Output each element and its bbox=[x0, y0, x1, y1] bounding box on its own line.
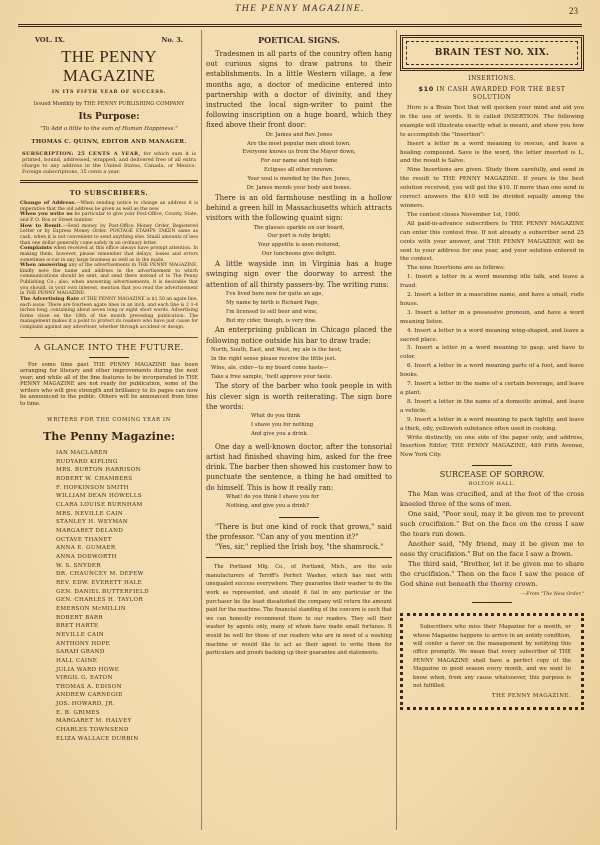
insertion-item: 7. Insert a letter in the name of a cert… bbox=[400, 380, 584, 398]
writer-name: THOMAS A. EDISON bbox=[56, 683, 198, 692]
writer-name: STANLEY H. WEYMAN bbox=[56, 518, 198, 527]
verse-line: Take a free sample, 'twill approve your … bbox=[211, 373, 392, 382]
writer-name: MRS. NEVILLE CAIN bbox=[56, 510, 198, 519]
brain-test-paragraph: Here is a Brain Test that will quicken y… bbox=[400, 104, 584, 140]
insertion-item: 6. Insert a letter in a word meaning par… bbox=[400, 362, 584, 380]
subscriber-notice: The Advertising Rate of THE PENNY MAGAZI… bbox=[20, 297, 198, 331]
editor-line: THOMAS C. QUINN, EDITOR AND MANAGER. bbox=[20, 138, 198, 147]
top-rule bbox=[18, 24, 582, 27]
writers-heading: WRITERS FOR THE COMING YEAR IN bbox=[20, 416, 198, 425]
writer-name: ROBERT BARR bbox=[56, 614, 198, 623]
sign-verse: What do you thinkI shave you for nothing… bbox=[251, 412, 392, 439]
sign-verse: I've lived here now for quite an age,My … bbox=[226, 290, 392, 326]
writer-name: HALL CAINE bbox=[56, 657, 198, 666]
verse-line: Our port is ruby bright; bbox=[206, 232, 392, 241]
writer-name: IAN MACLAREN bbox=[56, 449, 198, 458]
brain-test-title: BRAIN TEST NO. XIX. bbox=[435, 49, 549, 58]
verse-line: But my cider, though, is very fine. bbox=[226, 317, 392, 326]
verse-line: The glasses sparkle on our board, bbox=[206, 224, 392, 233]
short-rule bbox=[472, 602, 512, 603]
surcease-paragraph: The third said, "Brother, let it be give… bbox=[400, 559, 584, 589]
verse-line: Dr. James and Rev. Jones bbox=[206, 131, 392, 140]
surcease-paragraph: Another said, "My friend, may it be give… bbox=[400, 539, 584, 559]
brain-test-body: Here is a Brain Test that will quicken y… bbox=[400, 104, 584, 273]
column-divider bbox=[396, 30, 397, 830]
surcease-paragraph: One said, "Poor soul, may it be given me… bbox=[400, 509, 584, 539]
prize-line: $10 IN CASH AWARDED FOR THE BEST SOLUTIO… bbox=[400, 85, 584, 102]
insertion-item: 8. Insert a letter in the name of a dome… bbox=[400, 398, 584, 416]
masthead-tagline: IN ITS FIFTH YEAR OF SUCCESS. bbox=[20, 88, 198, 97]
verse-line: And give you a drink. bbox=[251, 430, 392, 439]
surcease-heading: SURCEASE OF SORROW. bbox=[400, 470, 584, 479]
notice-text: of THE PENNY MAGAZINE is $1.50 an agate … bbox=[20, 297, 198, 330]
subscriber-notices: Change of Address.—When sending notice t… bbox=[20, 201, 198, 331]
insertions-list: 1. Insert a letter in a word meaning idl… bbox=[400, 273, 584, 433]
writer-name: BRET HARTE bbox=[56, 622, 198, 631]
verse-line: For our name and high fame bbox=[206, 157, 392, 166]
verse-line: In the right sense please receive the li… bbox=[211, 355, 392, 364]
prize-text: IN CASH AWARDED FOR THE BEST SOLUTION bbox=[436, 86, 565, 101]
poetical-signs-heading: POETICAL SIGNS. bbox=[206, 36, 392, 45]
subscriber-notice: How to Remit.—Send money by Post-Office … bbox=[20, 224, 198, 246]
sign-verse: What! do you think I shave you forNothin… bbox=[226, 493, 392, 511]
writer-name: CHARLES TOWNSEND bbox=[56, 726, 198, 735]
brain-test-paragraph: Insert a letter in a word meaning to res… bbox=[400, 140, 584, 167]
writer-name: MARGARET M. HALVEY bbox=[56, 717, 198, 726]
verse-line: I've lived here now for quite an age, bbox=[226, 290, 392, 299]
notice-lead: When you write us bbox=[20, 211, 73, 217]
writer-name: SARAH GRAND bbox=[56, 648, 198, 657]
purpose-quote: "To Add a little to the sum of Human Hap… bbox=[20, 125, 198, 134]
brain-test-closing: Write distinctly, on one side of the pap… bbox=[400, 434, 584, 461]
sign-verse: North, South, East, and West, my ale is … bbox=[211, 346, 392, 382]
notice-lead: How to Remit. bbox=[20, 223, 63, 229]
glance-paragraph: For some time past THE PENNY MAGAZINE ha… bbox=[20, 362, 198, 408]
volume-label: VOL. IX. bbox=[35, 36, 65, 45]
section-rule bbox=[206, 557, 392, 558]
verse-line: Your soul is mended by the Rev. Jones, bbox=[206, 175, 392, 184]
purpose-heading: Its Purpose: bbox=[20, 113, 198, 122]
subscriber-notice: When answering any of the advertisements… bbox=[20, 263, 198, 297]
verse-line: I'm licensed to sell beer and wine, bbox=[226, 308, 392, 317]
column-middle: POETICAL SIGNS. Tradesmen in all parts o… bbox=[206, 30, 392, 658]
section-rule bbox=[20, 180, 198, 183]
joke-paragraph: "Yes, sir," replied the Irish boy, "the … bbox=[206, 542, 392, 552]
verse-line: Everyone knows us from the Mayor down, bbox=[206, 148, 392, 157]
writer-name: RUDYARD KIPLING bbox=[56, 458, 198, 467]
subscriber-notice: Complaints when received at this office … bbox=[20, 246, 198, 263]
brain-test-paragraph: The contest closes November 1st, 1900. bbox=[400, 211, 584, 220]
notice-lead: The Advertising Rate bbox=[20, 296, 79, 302]
section-rule bbox=[20, 337, 198, 338]
joke-paragraph: "There is but one kind of rock that grow… bbox=[206, 522, 392, 542]
subscriber-notice-signature: THE PENNY MAGAZINE. bbox=[413, 692, 571, 701]
verse-line: My name by birth is Richard Page, bbox=[226, 299, 392, 308]
running-head-title: THE PENNY MAGAZINE. bbox=[0, 4, 600, 18]
verse-line: Are the most popular men about town, bbox=[206, 140, 392, 149]
brain-test-paragraph: All paid-in-advance subscribers to THE P… bbox=[400, 220, 584, 265]
notice-lead: Complaints bbox=[20, 245, 52, 251]
writer-name: ANDREW CARNEGIE bbox=[56, 691, 198, 700]
verse-line: What! do you think I shave you for bbox=[226, 493, 392, 502]
article-paragraph: There is an old farmhouse nestling in a … bbox=[206, 193, 392, 224]
sign-verse: Dr. James and Rev. JonesAre the most pop… bbox=[206, 131, 392, 193]
article-paragraph: An enterprising publican in Chicago plac… bbox=[206, 325, 392, 345]
brain-test-paragraph: The nine Insertions are as follows: bbox=[400, 264, 584, 273]
surcease-body: The Man was crucified, and at the foot o… bbox=[400, 489, 584, 589]
magazine-heading: The Penny Magazine: bbox=[20, 432, 198, 441]
to-subscribers-heading: TO SUBSCRIBERS. bbox=[20, 189, 198, 198]
writer-name: GEN. DANIEL BUTTERFIELD bbox=[56, 588, 198, 597]
verse-line: Your appetite is soon restored, bbox=[206, 241, 392, 250]
verse-line: I shave you for nothing bbox=[251, 421, 392, 430]
page-number: 23 bbox=[569, 6, 578, 16]
writer-name: OCTAVE THANET bbox=[56, 536, 198, 545]
notice-text: any of the advertisements in THE PENNY M… bbox=[20, 263, 198, 296]
verse-line: Nothing, and give you a drink? bbox=[226, 502, 392, 511]
surcease-source: —From "The New Order." bbox=[400, 590, 584, 599]
writer-name: REV. EDW. EVERETT HALE bbox=[56, 579, 198, 588]
writer-name: VIRGIL G. EATON bbox=[56, 674, 198, 683]
writer-name: W. S. SNYDER bbox=[56, 562, 198, 571]
notice-lead: Change of Address. bbox=[20, 200, 76, 206]
column-divider bbox=[201, 30, 202, 830]
subscriber-notice-text: Subscribers who miss their Magazine for … bbox=[413, 623, 571, 690]
subscription-info: SUBSCRIPTION: 25 CENTS A YEAR, for which… bbox=[20, 151, 198, 175]
insertion-item: 2. Insert a letter in a masculine name, … bbox=[400, 291, 584, 309]
brain-test-paragraph: Nine Insertions are given. Study them ca… bbox=[400, 166, 584, 211]
verse-line: Dr. James mends your body and bones. bbox=[206, 184, 392, 193]
issue-number: No. 3. bbox=[162, 36, 183, 45]
writer-name: JULIA WARD HOWE bbox=[56, 666, 198, 675]
writer-name: ANNA DODWORTH bbox=[56, 553, 198, 562]
verse-line: What do you think bbox=[251, 412, 392, 421]
verse-line: North, South, East, and West, my ale is … bbox=[211, 346, 392, 355]
insertion-item: 1. Insert a letter in a word meaning idl… bbox=[400, 273, 584, 291]
subscriber-notice-box: Subscribers who miss their Magazine for … bbox=[400, 613, 584, 709]
writer-name: GEN. CHARLES H. TAYLOR bbox=[56, 596, 198, 605]
writer-name: ROBERT W. CHAMBERS bbox=[56, 475, 198, 484]
insertions-heading: INSERTIONS. bbox=[400, 74, 584, 83]
verse-line: Wine, ale, cider—to my board come haste— bbox=[211, 364, 392, 373]
writer-name: ELIZA WALLACE DURBIN bbox=[56, 735, 198, 744]
insertion-item: 5. Insert a letter in a word meaning to … bbox=[400, 344, 584, 362]
masthead-title: THE PENNY MAGAZINE bbox=[20, 47, 198, 85]
short-rule bbox=[472, 465, 512, 466]
article-paragraph: Tradesmen in all parts of the country of… bbox=[206, 49, 392, 131]
notice-lead: When answering bbox=[20, 262, 67, 268]
masthead-issue-line: VOL. IX. No. 3. bbox=[20, 36, 198, 45]
article-paragraph: The story of the barber who took people … bbox=[206, 381, 392, 412]
insertion-item: 4. Insert a letter in a word meaning win… bbox=[400, 327, 584, 345]
writer-name: NEVILLE CAIN bbox=[56, 631, 198, 640]
surcease-author: BOLTON HALL. bbox=[400, 480, 584, 489]
verse-line: Eclipses all other renown. bbox=[206, 166, 392, 175]
brain-test-title-box: BRAIN TEST NO. XIX. bbox=[400, 35, 584, 71]
publisher-line: Issued Monthly by THE PENNY PUBLISHING C… bbox=[20, 100, 198, 109]
prize-amount: $10 bbox=[418, 85, 433, 93]
short-rule bbox=[89, 357, 129, 358]
glance-heading: A GLANCE INTO THE FUTURE. bbox=[20, 344, 198, 353]
writer-name: ANTHONY HOPE bbox=[56, 640, 198, 649]
insertion-item: 3. Insert a letter in a possessive prono… bbox=[400, 309, 584, 327]
article-paragraph: A little wayside inn in Virginia has a h… bbox=[206, 259, 392, 290]
advertisement-text: The Portland Mfg. Co., of Portland, Mich… bbox=[206, 563, 392, 658]
column-left: VOL. IX. No. 3. THE PENNY MAGAZINE IN IT… bbox=[20, 30, 198, 743]
writer-name: E. B. GRIMES bbox=[56, 709, 198, 718]
writer-name: F. HOPKINSON SMITH bbox=[56, 484, 198, 493]
writer-name: WILLIAM DEAN HOWELLS bbox=[56, 492, 198, 501]
writer-name: EMERSON McMILLIN bbox=[56, 605, 198, 614]
short-rule bbox=[279, 517, 319, 518]
writers-list: IAN MACLARENRUDYARD KIPLINGMRS. BURTON H… bbox=[56, 449, 198, 743]
writer-name: JOS. HOWARD, JR. bbox=[56, 700, 198, 709]
writer-name: MARGARET DELAND bbox=[56, 527, 198, 536]
sign-verse: The glasses sparkle on our board,Our por… bbox=[206, 224, 392, 260]
surcease-paragraph: The Man was crucified, and at the foot o… bbox=[400, 489, 584, 509]
insertion-item: 9. Insert a letter in a word meaning to … bbox=[400, 416, 584, 434]
writer-name: DR. CHAUNCEY M. DEPEW bbox=[56, 570, 198, 579]
column-right: BRAIN TEST NO. XIX. INSERTIONS. $10 IN C… bbox=[400, 30, 584, 710]
writer-name: ANNA E. GUMAER bbox=[56, 544, 198, 553]
writer-name: CLARA LOUISE BURNHAM bbox=[56, 501, 198, 510]
article-paragraph: One day a well-known doctor, after the t… bbox=[206, 442, 392, 493]
verse-line: Our luncheons give delight. bbox=[206, 250, 392, 259]
writer-name: MRS. BURTON HARRISON bbox=[56, 466, 198, 475]
